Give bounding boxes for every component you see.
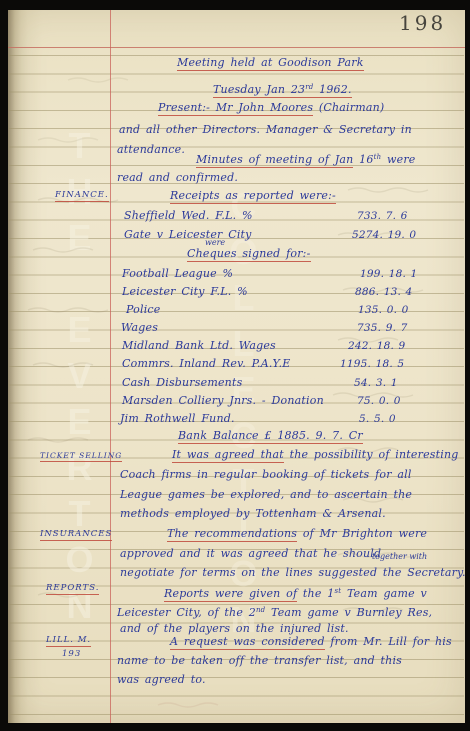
text-run: negotiate for terms on the lines suggest…	[120, 566, 466, 579]
margin-heading: INSURANCES	[40, 529, 112, 541]
text-run: Cheques signed for:-	[187, 247, 311, 260]
minutes-line: was agreed to.	[117, 673, 206, 686]
text-run: methods employed by Tottenham & Arsenal.	[120, 507, 386, 520]
minutes-line: Leicester City F.L. %	[122, 285, 248, 298]
underlined-run: The recommendations	[167, 527, 297, 542]
text-run: Commrs. Inland Rev. P.A.Y.E	[122, 357, 291, 370]
amount-value: 54. 3. 1	[354, 377, 398, 390]
text-run: (Chairman)	[313, 101, 384, 114]
text-run: Team game v Burnley Res,	[265, 606, 432, 619]
red-header-rule	[8, 47, 465, 48]
minutes-line: Police	[126, 303, 161, 316]
text-run: 16	[353, 153, 373, 166]
margin-heading: REPORTS.	[46, 583, 99, 595]
minutes-line: Wages	[121, 321, 158, 334]
text-run: the 1	[297, 587, 334, 600]
text-run: Present:- Mr John Moores	[158, 101, 313, 114]
page-number: 198	[399, 11, 446, 35]
minutes-line: approved and it was agreed that he shoul…	[120, 547, 381, 560]
text-run: A request was considered	[170, 635, 325, 648]
minutes-line: Jim Rothwell Fund.	[120, 412, 235, 425]
text-run: Meeting held at Goodison Park	[177, 56, 364, 69]
text-run: Football League %	[122, 267, 233, 280]
text-run: Gate v Leicester City	[124, 228, 252, 241]
text-run: and of the players on the injured list.	[120, 622, 349, 635]
text-run: and all other Directors. Manager & Secre…	[119, 123, 412, 136]
minutes-line: methods employed by Tottenham & Arsenal.	[120, 507, 386, 520]
text-run: the possibility of interesting	[284, 448, 459, 461]
amount-value: 75. 0. 0	[357, 395, 401, 408]
minutes-line: A request was considered from Mr. Lill f…	[170, 635, 452, 648]
minutes-line: Commrs. Inland Rev. P.A.Y.E	[122, 357, 291, 370]
minutes-line: Receipts as reported were:-	[170, 189, 336, 202]
text-run: Reports were given of	[164, 587, 297, 600]
ledger-photo: THE EVERTON COLLECTION 198 Meeting held …	[0, 0, 470, 731]
text-run: Marsden Colliery Jnrs. - Donation	[122, 394, 324, 407]
minutes-line: Reports were given of the 1st Team game …	[164, 585, 427, 600]
insertion-note: together with	[372, 552, 427, 561]
minutes-line: and of the players on the injured list.	[120, 622, 349, 635]
amount-value: 735. 9. 7	[357, 322, 408, 335]
underlined-run: Present:- Mr John Moores	[158, 101, 313, 116]
text-run: Sheffield Wed. F.L. %	[124, 209, 253, 222]
minutes-line: Gate v Leicester City	[124, 228, 252, 241]
text-run: nd	[256, 606, 265, 614]
text-run: of Mr Brighton were	[297, 527, 427, 540]
minutes-line: Minutes of meeting of Jan 16th were	[196, 151, 416, 166]
minutes-line: Cash Disbursements	[122, 376, 242, 389]
underlined-run: It was agreed that	[172, 448, 284, 463]
text-run: approved and it was agreed that he shoul…	[120, 547, 381, 560]
margin-heading: FINANCE.	[55, 190, 109, 202]
text-run: League games be explored, and to ascerta…	[120, 488, 412, 501]
minutes-line: Cheques signed for:-	[187, 247, 311, 260]
amount-value: 5. 5. 0	[359, 413, 396, 426]
minutes-line: Present:- Mr John Moores (Chairman)	[158, 101, 384, 114]
underlined-run: Reports were given of	[164, 587, 297, 602]
text-run: were	[381, 153, 415, 166]
margin-heading: 193	[62, 649, 81, 660]
underlined-run: Cheques signed for:-	[187, 247, 311, 262]
minutes-line: Meeting held at Goodison Park	[177, 56, 364, 69]
minutes-line: The recommendations of Mr Brighton were	[167, 527, 427, 540]
minutes-line: Coach firms in regular booking of ticket…	[120, 468, 412, 481]
minutes-line: Marsden Colliery Jnrs. - Donation	[122, 394, 324, 407]
text-run: Police	[126, 303, 161, 316]
amount-value: 886. 13. 4	[355, 286, 412, 299]
minutes-line: Football League %	[122, 267, 233, 280]
minutes-line: and all other Directors. Manager & Secre…	[119, 123, 412, 136]
text-run: Receipts as reported were:-	[170, 189, 336, 202]
insertion-note: were	[205, 238, 225, 247]
text-run: Leicester City F.L. %	[122, 285, 248, 298]
text-run: Team game v	[341, 587, 427, 600]
text-run: Tuesday Jan 23	[213, 83, 305, 96]
minutes-line: Bank Balance £ 1885. 9. 7. Cr	[178, 429, 363, 442]
text-run: Midland Bank Ltd. Wages	[122, 339, 276, 352]
underlined-run: Meeting held at Goodison Park	[177, 56, 364, 71]
amount-value: 242. 18. 9	[348, 340, 405, 353]
margin-heading: LILL. M.	[46, 635, 91, 647]
minutes-line: League games be explored, and to ascerta…	[120, 488, 412, 501]
text-run: It was agreed that	[172, 448, 284, 461]
minutes-line: Midland Bank Ltd. Wages	[122, 339, 276, 352]
minutes-line: read and confirmed.	[117, 171, 238, 184]
text-run: Leicester City, of the 2	[117, 606, 256, 619]
text-run: read and confirmed.	[117, 171, 238, 184]
underlined-run: Tuesday Jan 23rd 1962.	[213, 83, 352, 98]
amount-value: 733. 7. 6	[357, 210, 408, 223]
amount-value: 199. 18. 1	[360, 268, 417, 281]
red-margin-rule	[110, 10, 111, 723]
text-run: was agreed to.	[117, 673, 206, 686]
text-run: The recommendations	[167, 527, 297, 540]
minutes-line: Tuesday Jan 23rd 1962.	[213, 81, 352, 96]
underlined-run: A request was considered	[170, 635, 325, 650]
minutes-line: Sheffield Wed. F.L. %	[124, 209, 253, 222]
text-run: Wages	[121, 321, 158, 334]
minutes-line: negotiate for terms on the lines suggest…	[120, 566, 466, 579]
text-run: Bank Balance £ 1885. 9. 7. Cr	[178, 429, 363, 442]
minutes-line: attendance.	[117, 143, 185, 156]
underlined-run: Bank Balance £ 1885. 9. 7. Cr	[178, 429, 363, 444]
amount-value: 1195. 18. 5	[340, 358, 404, 371]
text-run: Coach firms in regular booking of ticket…	[120, 468, 412, 481]
text-run: Minutes of meeting of Jan	[196, 153, 353, 166]
amount-value: 135. 0. 0	[358, 304, 409, 317]
minutes-line: Leicester City, of the 2nd Team game v B…	[117, 604, 432, 619]
underlined-run: Minutes of meeting of Jan	[196, 153, 353, 168]
text-run: attendance.	[117, 143, 185, 156]
amount-value: 5274. 19. 0	[352, 229, 416, 242]
margin-heading: TICKET SELLING	[40, 451, 122, 462]
text-run: Jim Rothwell Fund.	[120, 412, 235, 425]
text-run: name to be taken off the transfer list, …	[117, 654, 402, 667]
text-run: Cash Disbursements	[122, 376, 242, 389]
text-run: 1962.	[313, 83, 351, 96]
text-run: from Mr. Lill for his	[325, 635, 452, 648]
minutes-line: It was agreed that the possibility of in…	[172, 448, 459, 461]
minutes-line: name to be taken off the transfer list, …	[117, 654, 402, 667]
underlined-run: Receipts as reported were:-	[170, 189, 336, 204]
